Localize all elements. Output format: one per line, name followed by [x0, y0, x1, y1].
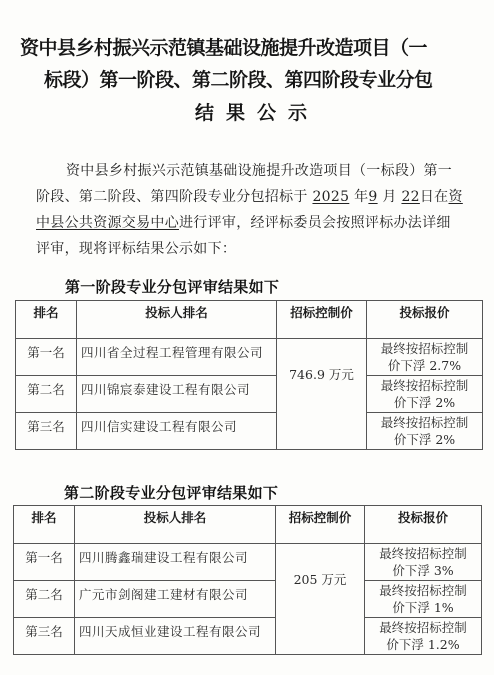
header-bid-price: 投标报价 [367, 301, 483, 339]
intro-paragraph: 资中县乡村振兴示范镇基础设施提升改造项目（一标段）第一 阶段、第二阶段、第四阶段… [36, 158, 481, 262]
bid-line-1: 最终按招标控制 [365, 582, 481, 599]
control-price-cell: 746.9 万元 [277, 339, 367, 450]
bid-line-1: 最终按招标控制 [367, 340, 482, 357]
header-bidder: 投标人排名 [77, 301, 277, 339]
rank-cell: 第一名 [14, 544, 75, 581]
bidder-cell: 四川省全过程工程管理有限公司 [77, 339, 277, 376]
bid-price-cell: 最终按招标控制价下浮 1% [365, 581, 482, 618]
rank-cell: 第一名 [16, 339, 77, 376]
bidder-cell: 广元市剑阁建工建材有限公司 [75, 581, 276, 618]
bid-line-1: 最终按招标控制 [365, 545, 481, 562]
document-title-line-2: 标段）第一阶段、第二阶段、第四阶段专业分包 [44, 65, 494, 92]
header-control-price: 招标控制价 [276, 506, 365, 544]
header-control-price: 招标控制价 [277, 301, 367, 339]
bid-price-cell: 最终按招标控制价下浮 2% [367, 413, 483, 450]
header-bidder: 投标人排名 [75, 506, 276, 544]
rank-cell: 第二名 [16, 376, 77, 413]
bid-line-1: 最终按招标控制 [367, 414, 482, 431]
venue-part-2: 中县公共资源交易中心 [36, 215, 179, 231]
date-month: 9 [368, 189, 377, 205]
intro-text: 进行评审，经评标委员会按照评标办法详细 [179, 215, 451, 231]
bid-line-2: 价下浮 1% [365, 599, 481, 616]
intro-line-2: 阶段、第二阶段、第四阶段专业分包招标于 2025 年9 月 22日在资 [36, 184, 481, 210]
bid-price-cell: 最终按招标控制价下浮 2% [367, 376, 483, 413]
bid-price-cell: 最终按招标控制价下浮 3% [365, 544, 482, 581]
table-row: 第三名 四川信实建设工程有限公司 最终按招标控制价下浮 2% [16, 413, 483, 450]
intro-text: 阶段、第二阶段、第四阶段专业分包招标于 [36, 189, 308, 205]
table-header-row: 排名 投标人排名 招标控制价 投标报价 [16, 301, 483, 339]
header-rank: 排名 [14, 506, 75, 544]
document-title-line-3: 结果公示 [0, 98, 494, 125]
bidder-cell: 四川锦宸泰建设工程有限公司 [77, 376, 277, 413]
year-unit: 年 [354, 189, 368, 205]
date-year: 2025 [312, 189, 349, 205]
rank-cell: 第三名 [14, 618, 75, 655]
intro-line-4: 评审，现将评标结果公示如下： [36, 236, 481, 262]
venue-part-1: 资 [448, 189, 462, 205]
header-bid-price: 投标报价 [365, 506, 482, 544]
rank-cell: 第三名 [16, 413, 77, 450]
document-title-line-1: 资中县乡村振兴示范镇基础设施提升改造项目（一 [20, 33, 494, 60]
table-row: 第三名 四川天成恒业建设工程有限公司 最终按招标控制价下浮 1.2% [14, 618, 482, 655]
bid-price-cell: 最终按招标控制价下浮 2.7% [367, 339, 483, 376]
stage-1-results-table: 排名 投标人排名 招标控制价 投标报价 第一名 四川省全过程工程管理有限公司 7… [15, 300, 483, 450]
table-row: 第二名 四川锦宸泰建设工程有限公司 最终按招标控制价下浮 2% [16, 376, 483, 413]
intro-line-1: 资中县乡村振兴示范镇基础设施提升改造项目（一标段）第一 [36, 158, 481, 184]
bid-line-2: 价下浮 1.2% [365, 636, 481, 653]
header-rank: 排名 [16, 301, 77, 339]
bid-line-2: 价下浮 2.7% [367, 357, 482, 374]
section-2-heading: 第二阶段专业分包评审结果如下 [64, 482, 278, 503]
bid-price-cell: 最终按招标控制价下浮 1.2% [365, 618, 482, 655]
date-day: 22 [401, 189, 419, 205]
bid-line-1: 最终按招标控制 [365, 619, 481, 636]
bidder-cell: 四川天成恒业建设工程有限公司 [75, 618, 276, 655]
table-row: 第二名 广元市剑阁建工建材有限公司 最终按招标控制价下浮 1% [14, 581, 482, 618]
table-row: 第一名 四川腾鑫瑞建设工程有限公司 205 万元 最终按招标控制价下浮 3% [14, 544, 482, 581]
intro-line-3: 中县公共资源交易中心进行评审，经评标委员会按照评标办法详细 [36, 210, 481, 236]
bid-line-2: 价下浮 2% [367, 394, 482, 411]
bidder-cell: 四川腾鑫瑞建设工程有限公司 [75, 544, 276, 581]
bidder-cell: 四川信实建设工程有限公司 [77, 413, 277, 450]
bid-line-2: 价下浮 3% [365, 562, 481, 579]
control-price-cell: 205 万元 [276, 544, 365, 655]
month-unit: 月 [382, 189, 396, 205]
table-header-row: 排名 投标人排名 招标控制价 投标报价 [14, 506, 482, 544]
section-1-heading: 第一阶段专业分包评审结果如下 [65, 276, 279, 297]
bid-line-2: 价下浮 2% [367, 431, 482, 448]
day-unit: 日在 [420, 189, 449, 205]
bid-line-1: 最终按招标控制 [367, 377, 482, 394]
table-row: 第一名 四川省全过程工程管理有限公司 746.9 万元 最终按招标控制价下浮 2… [16, 339, 483, 376]
stage-2-results-table: 排名 投标人排名 招标控制价 投标报价 第一名 四川腾鑫瑞建设工程有限公司 20… [13, 505, 482, 655]
rank-cell: 第二名 [14, 581, 75, 618]
